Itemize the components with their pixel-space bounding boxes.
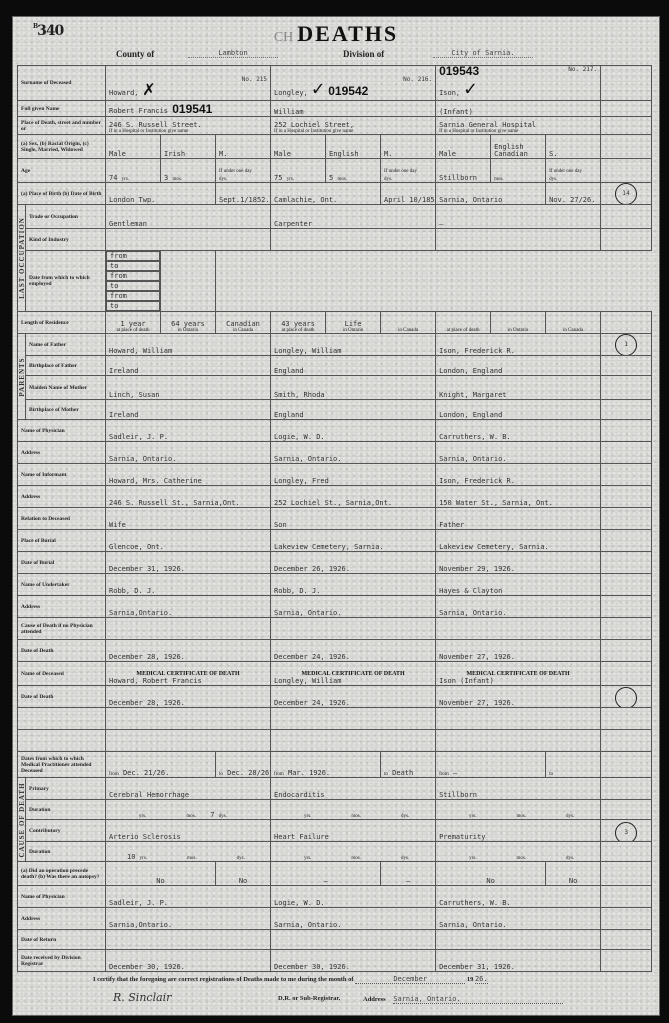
record-2-undertaker: Robb, D. J. [271, 574, 436, 596]
label-father-name: Name of Father [26, 334, 106, 356]
record-3-employed-to: to [106, 301, 160, 311]
label-burial-date: Date of Burial [18, 552, 106, 574]
dys-label: dys. [219, 177, 227, 182]
res-label: in Ontario [494, 328, 542, 333]
record-2-age-yrs: 75 yrs. [271, 159, 326, 183]
record-1-operation: No [106, 862, 216, 886]
row-primary-duration: Duration yrs.mos. 7 dys. yrs.mos.dys. yr… [18, 800, 652, 820]
record-2-primary-cause: Endocarditis [271, 778, 436, 800]
margin-cell [601, 862, 652, 886]
from-label: from [439, 772, 449, 777]
duration-dys: 7 [210, 811, 214, 819]
res-label: in Ontario [329, 328, 377, 333]
cert-name-text: Ison (Infant) [439, 677, 494, 685]
record-3-res-canada: in Canada [546, 312, 601, 334]
margin-cell [601, 420, 652, 442]
certify-month: December [355, 975, 465, 984]
record-1-sex: Male [106, 135, 161, 159]
row-occupation: LAST OCCUPATION Trade or Occupation Gent… [18, 205, 652, 229]
label-address: Address [18, 486, 106, 508]
record-2-father: Longley, William [271, 334, 436, 356]
res-value: 43 years [281, 320, 315, 328]
margin-cell [601, 486, 652, 508]
title-text: DEATHS [297, 21, 398, 46]
record-3-informant-address: 150 Water St., Sarnia, Ont. [436, 486, 601, 508]
margin-cell [601, 752, 652, 778]
dys-label: dys. [219, 814, 227, 819]
record-1-cert-death-date: December 28, 1926. [106, 686, 271, 708]
label-duration: Duration [26, 800, 106, 820]
record-1-employed-from: from [106, 251, 160, 261]
address-value: Sarnia, Ontario. [393, 995, 563, 1004]
seal-stamp-icon [615, 687, 637, 708]
margin-cell [601, 464, 652, 486]
record-2-burial-place: Lakeview Cemetery, Sarnia. [271, 530, 436, 552]
dys-label: dys. [384, 177, 392, 182]
record-2-physician-address: Sarnia, Ontario. [271, 442, 436, 464]
record-3-res-ontario: in Ontario [491, 312, 546, 334]
label-birth: (a) Place of Birth (b) Date of Birth [18, 183, 106, 205]
row-birth: (a) Place of Birth (b) Date of Birth Lon… [18, 183, 652, 205]
record-3-operation: No [436, 862, 546, 886]
record-3-sex: Male [436, 135, 491, 159]
record-1-place-of-death: 246 S. Russell Street.If in a Hospital o… [106, 117, 271, 135]
age-mos: 5 [329, 174, 333, 182]
record-2-informant-address: 252 Lochiel St., Sarnia,Ont. [271, 486, 436, 508]
record-1-given-name: Robert Francis 019541 [106, 101, 271, 117]
to-label: to [219, 772, 223, 777]
record-2-primary-duration: yrs.mos.dys. [271, 800, 436, 820]
record-3-employed-from: from [106, 291, 160, 301]
res-value: 1 year [120, 320, 145, 328]
dys-label: dys. [401, 814, 409, 819]
record-3-industry [436, 229, 601, 251]
margin-cell [601, 800, 652, 820]
record-3-mother: Knight, Margaret [436, 376, 601, 400]
margin-cell [601, 66, 652, 101]
margin-cell [601, 101, 652, 117]
label-employed-dates: Date from which to which employed [26, 251, 106, 312]
record-2-undertaker-address: Sarnia, Ontario. [271, 596, 436, 618]
row-mother-maiden: Maiden Name of Mother Linch, Susan Smith… [18, 376, 652, 400]
cert-name-text: Howard, Robert Francis [109, 677, 202, 685]
record-2-place-of-death: 252 Lochiel Street,If in a Hospital or I… [271, 117, 436, 135]
yrs-label: yrs. [304, 856, 311, 861]
parents-side-label: PARENTS [18, 334, 26, 420]
record-2-father-birthplace: England [271, 356, 436, 376]
vertical-label: LAST OCCUPATION [18, 217, 26, 299]
record-1-status: M. [216, 135, 271, 159]
row-physician: Name of Physician Sadleir, J. P. Logie, … [18, 420, 652, 442]
row-cert-physician: Name of Physician Sadleir, J. P. Logie, … [18, 886, 652, 908]
margin-cell [601, 117, 652, 135]
margin-cell [601, 618, 652, 640]
label-mother-birthplace: Birthplace of Mother [26, 400, 106, 420]
row-date-of-death: Date of Death December 28, 1926. Decembe… [18, 640, 652, 662]
row-operation-autopsy: (a) Did an operation precede death? (b) … [18, 862, 652, 886]
label-burial-place: Place of Burial [18, 530, 106, 552]
record-1-undertaker-address: Sarnia,Ontario. [106, 596, 271, 618]
blank-cell [271, 730, 436, 752]
dys-label: dys. [566, 856, 574, 861]
last-occupation-side-label: LAST OCCUPATION [18, 205, 26, 312]
label-duration: Duration [26, 842, 106, 862]
row-blank-2 [18, 730, 652, 752]
record-2-sex: Male [271, 135, 326, 159]
registrar-certification: I certify that the foregoing are correct… [13, 965, 659, 1013]
record-1-contributory: Arterio Sclerosis [106, 820, 271, 842]
registrar-signature: R. Sinclair [113, 991, 171, 1004]
under-one-day-label: If under one day [219, 169, 267, 174]
row-industry: Kind of Industry [18, 229, 652, 251]
record-2-operation: — [271, 862, 381, 886]
record-3-birth-date: Nov. 27/26. [546, 183, 601, 205]
record-2-date-of-return [271, 930, 436, 950]
res-label: at place of death [439, 328, 487, 333]
record-2-status: M. [381, 135, 436, 159]
record-2-given-name: William [271, 101, 436, 117]
record-1-relation: Wife [106, 508, 271, 530]
label-physician: Name of Physician [18, 420, 106, 442]
record-2-physician: Logie, W. D. [271, 420, 436, 442]
row-contributory-duration: Duration 10 yrs.mos.dys. yrs.mos.dys. yr… [18, 842, 652, 862]
seal-stamp-icon: 3 [615, 822, 637, 842]
dys-label: dys. [566, 814, 574, 819]
attended-from-value: Dec. 21/26. [123, 769, 169, 777]
dys-label: dys. [401, 856, 409, 861]
record-3-primary-cause: Stillborn [436, 778, 601, 800]
record-1-cert-name: MEDICAL CERTIFICATE OF DEATHHoward, Robe… [106, 662, 271, 686]
record-3-birth-place: Sarnia, Ontario [436, 183, 546, 205]
mos-label: mos. [351, 856, 361, 861]
record-1-burial-date: December 31, 1926. [106, 552, 271, 574]
certification-line: I certify that the foregoing are correct… [93, 975, 488, 984]
row-informant-address: Address 246 S. Russell St., Sarnia,Ont. … [18, 486, 652, 508]
certify-year: 26. [475, 975, 488, 984]
res-value: 64 years [171, 320, 205, 328]
label-undertaker: Name of Undertaker [18, 574, 106, 596]
margin-cell [601, 159, 652, 183]
surname-text: Howard, [109, 89, 139, 97]
seal-stamp-icon: 1 [615, 334, 637, 356]
cause-of-death-side-label: CAUSE OF DEATH [18, 778, 26, 862]
record-3-burial-date: November 29, 1926. [436, 552, 601, 574]
margin-cell: 14 [601, 183, 652, 205]
to-label: to [384, 772, 388, 777]
record-3-informant: Ison, Frederick R. [436, 464, 601, 486]
row-attended-dates: Dates from which to which Medical Practi… [18, 752, 652, 778]
record-2-informant: Longley, Fred [271, 464, 436, 486]
res-label: in Canada [549, 328, 597, 333]
vertical-label: CAUSE OF DEATH [18, 782, 26, 857]
record-1-res-canada: Canadianin Canada [216, 312, 271, 334]
registrar-address: Address Sarnia, Ontario. [363, 995, 563, 1004]
record-1-date-of-return [106, 930, 271, 950]
attended-to-value: Death [392, 769, 413, 777]
record-2-occupation: Carpenter [271, 205, 436, 229]
record-1-informant-address: 246 S. Russell St., Sarnia,Ont. [106, 486, 271, 508]
res-value: Canadian [226, 320, 260, 328]
yrs-label: yrs. [469, 856, 476, 861]
check-mark-icon: ✓ [312, 76, 324, 100]
record-1-employed-to: to [106, 261, 160, 271]
label-cert-physician: Name of Physician [18, 886, 106, 908]
place-text: 252 Lochiel Street, [274, 121, 354, 129]
yrs-label: yrs. [140, 856, 147, 861]
mos-label: mos. [186, 814, 196, 819]
record-2-birth-date: April 10/1851. [381, 183, 436, 205]
label-sex-origin: (a) Sex, (b) Racial Origin, (c) Single, … [18, 135, 106, 159]
record-1-physician: Sadleir, J. P. [106, 420, 271, 442]
record-3-surname: No. 217.019543Ison, ✓ [436, 66, 601, 101]
label-relation: Relation to Deceased [18, 508, 106, 530]
label-cert-date-of-death: Date of Death [18, 686, 106, 708]
label-address: Address [18, 442, 106, 464]
record-3-contributory-duration: yrs.mos.dys. [436, 842, 601, 862]
label-date-of-death: Date of Death [18, 640, 106, 662]
register-table: Surname of Deceased No. 215Howard, ✗ No.… [17, 65, 652, 972]
certify-text: I certify that the foregoing are correct… [93, 976, 354, 983]
mos-label: mos. [337, 177, 347, 182]
record-3-date-of-death: November 27, 1926. [436, 640, 601, 662]
record-1-father: Howard, William [106, 334, 271, 356]
margin-cell [601, 596, 652, 618]
record-3-cert-name: MEDICAL CERTIFICATE OF DEATHIson (Infant… [436, 662, 601, 686]
margin-cell [601, 552, 652, 574]
record-3-undertaker: Hayes & Clayton [436, 574, 601, 596]
res-value: Life [345, 320, 362, 328]
surname-text: Longley, [274, 89, 308, 97]
record-1-attended-to: to Dec. 28/26. [216, 752, 271, 778]
mos-label: mos. [516, 856, 526, 861]
record-2-birth-place: Camlachie, Ont. [271, 183, 381, 205]
record-1-birth-date: Sept.1/1852. [216, 183, 271, 205]
blank-cell [436, 730, 601, 752]
row-physician-address: Address Sarnia, Ontario. Sarnia, Ontario… [18, 442, 652, 464]
row-cause-no-physician: Cause of Death if no Physician attended [18, 618, 652, 640]
label-age: Age [18, 159, 106, 183]
year-prefix: 19 [467, 976, 474, 983]
record-3-burial-place: Lakeview Cemetery, Sarnia. [436, 530, 601, 552]
record-2-age-mos: 5 mos. [326, 159, 381, 183]
res-label: at place of death [274, 328, 322, 333]
mos-label: mos. [494, 177, 504, 182]
row-cert-death-date: Date of Death December 28, 1926. Decembe… [18, 686, 652, 708]
label-contributory: Contributory [26, 820, 106, 842]
record-3-father-birthplace: London, England [436, 356, 601, 376]
record-3-undertaker-address: Sarnia, Ontario. [436, 596, 601, 618]
record-3-cert-death-date: November 27, 1926. [436, 686, 601, 708]
label-residence: Length of Residence [18, 312, 106, 334]
mos-label: mos. [351, 814, 361, 819]
record-2-cert-address: Sarnia, Ontario. [271, 908, 436, 930]
margin-cell [601, 908, 652, 930]
record-3-cause-no-physician [436, 618, 601, 640]
record-2-origin: English [326, 135, 381, 159]
record-1-cert-physician: Sadleir, J. P. [106, 886, 271, 908]
record-1-physician-address: Sarnia, Ontario. [106, 442, 271, 464]
label-father-birthplace: Birthplace of Father [26, 356, 106, 376]
under-one-day-label: If under one day [384, 169, 432, 174]
label-surname: Surname of Deceased [18, 66, 106, 101]
margin-cell [601, 708, 652, 730]
record-1-burial-place: Glencoe, Ont. [106, 530, 271, 552]
label-place-of-death: Place of Death, street and number or [18, 117, 106, 135]
record-2-res-place: 43 yearsat place of death [271, 312, 326, 334]
faint-stamp: CH [274, 30, 293, 45]
registration-number: 019542 [328, 84, 368, 98]
margin-cell [601, 930, 652, 950]
row-sex-origin-status: (a) Sex, (b) Racial Origin, (c) Single, … [18, 135, 652, 159]
record-3-number: No. 217. [568, 66, 597, 73]
yrs-label: yrs. [139, 814, 146, 819]
record-3-occupation: — [436, 205, 601, 229]
record-1-contributory-duration: 10 yrs.mos.dys. [106, 842, 271, 862]
yrs-label: yrs. [469, 814, 476, 819]
row-undertaker-address: Address Sarnia,Ontario. Sarnia, Ontario.… [18, 596, 652, 618]
record-3-date-of-return [436, 930, 601, 950]
surname-text: Ison, [439, 89, 460, 97]
address-label: Address [363, 996, 386, 1003]
record-3-cert-address: Sarnia, Ontario. [436, 908, 601, 930]
attended-from-value: — [453, 769, 457, 777]
record-2-mother-birthplace: England [271, 400, 436, 420]
yrs-label: yrs. [304, 814, 311, 819]
seal-stamp-icon: 14 [615, 183, 637, 205]
record-2-cert-physician: Logie, W. D. [271, 886, 436, 908]
record-1-occupation: Gentleman [106, 205, 271, 229]
record-1-birth-place: London Twp. [106, 183, 216, 205]
record-1-age-mos: 3 mos. [161, 159, 216, 183]
registration-number: 019541 [172, 102, 212, 116]
margin-cell [601, 442, 652, 464]
yrs-label: yrs. [122, 177, 129, 182]
row-cert-name: Name of Deceased MEDICAL CERTIFICATE OF … [18, 662, 652, 686]
row-informant: Name of Informant Howard, Mrs. Catherine… [18, 464, 652, 486]
res-label: in Canada [219, 328, 267, 333]
margin-cell [601, 205, 652, 229]
given-name-text: Robert Francis [109, 107, 168, 115]
record-3-given-name: (Infant) [436, 101, 601, 117]
record-2-mother: Smith, Rhoda [271, 376, 436, 400]
margin-cell [601, 842, 652, 862]
margin-cell [601, 662, 652, 686]
record-3-age-mos: mos. [491, 159, 546, 183]
record-3-age-yrs: Stillborn [436, 159, 491, 183]
record-2-burial-date: December 26, 1926. [271, 552, 436, 574]
record-2-contributory-duration: yrs.mos.dys. [271, 842, 436, 862]
record-3-res-place: at place of death [436, 312, 491, 334]
record-3-mother-birthplace: London, England [436, 400, 601, 420]
mos-label: mos. [187, 856, 197, 861]
record-1-res-place: 1 yearat place of death [106, 312, 161, 334]
row-cert-address: Address Sarnia,Ontario. Sarnia, Ontario.… [18, 908, 652, 930]
blank-cell [106, 730, 271, 752]
hospital-note: If in a Hospital or Institution give nam… [274, 129, 432, 134]
age-yrs: 74 [109, 174, 117, 182]
label-given-name: Full given Name [18, 101, 106, 117]
record-3-physician: Carruthers, W. B. [436, 420, 601, 442]
mos-label: mos. [172, 177, 182, 182]
record-2-res-canada: in Canada [381, 312, 436, 334]
record-3-status: S. [546, 135, 601, 159]
record-1-industry [106, 229, 271, 251]
record-2-age-dys: If under one daydys. [381, 159, 436, 183]
margin-cell [601, 229, 652, 251]
age-yrs: 75 [274, 174, 282, 182]
yrs-label: yrs. [287, 177, 294, 182]
record-2-attended-from: from Mar. 1926. [271, 752, 381, 778]
blank-cell [271, 708, 436, 730]
check-mark-icon: ✗ [143, 76, 155, 100]
record-2-surname: No. 216.Longley, ✓ 019542 [271, 66, 436, 101]
record-1-autopsy: No [216, 862, 271, 886]
hospital-note: If in a Hospital or Institution give nam… [439, 129, 597, 134]
place-text: Sarnia General Hospital [439, 121, 536, 129]
record-1-informant: Howard, Mrs. Catherine [106, 464, 271, 486]
row-relation: Relation to Deceased Wife Son Father [18, 508, 652, 530]
blank-cell [436, 708, 601, 730]
record-3-physician-address: Sarnia, Ontario. [436, 442, 601, 464]
record-1-date-of-death: December 28, 1926. [106, 640, 271, 662]
res-label: in Ontario [164, 328, 212, 333]
res-label: in Canada [384, 328, 432, 333]
record-2-cause-no-physician [271, 618, 436, 640]
registrar-title: D.R. or Sub-Registrar. [278, 995, 340, 1002]
record-1-father-birthplace: Ireland [106, 356, 271, 376]
row-contributory: Contributory Arterio Sclerosis Heart Fai… [18, 820, 652, 842]
label-name-of-deceased: Name of Deceased [18, 662, 106, 686]
record-2-number: No. 216. [403, 76, 432, 83]
record-3-attended-to: to [546, 752, 601, 778]
margin-cell [601, 574, 652, 596]
record-2-industry [271, 229, 436, 251]
death-register-page: B340 CHDEATHS County of Lambton Division… [12, 16, 660, 1016]
record-2-employed-to: to [106, 281, 160, 291]
row-burial-date: Date of Burial December 31, 1926. Decemb… [18, 552, 652, 574]
label-informant: Name of Informant [18, 464, 106, 486]
record-1-age-yrs: 74 yrs. [106, 159, 161, 183]
page-header: B340 CHDEATHS County of Lambton Division… [13, 17, 659, 67]
record-1-mother-birthplace: Ireland [106, 400, 271, 420]
record-1-surname: No. 215Howard, ✗ [106, 66, 271, 101]
hospital-note: If in a Hospital or Institution give nam… [109, 129, 267, 134]
record-1-primary-duration: yrs.mos. 7 dys. [106, 800, 271, 820]
row-employed-dates: Date from which to which employed from t… [18, 251, 652, 312]
label-mother-maiden: Maiden Name of Mother [26, 376, 106, 400]
row-blank-1 [18, 708, 652, 730]
record-2-date-of-death: December 24, 1926. [271, 640, 436, 662]
record-1-cause-no-physician [106, 618, 271, 640]
margin-cell [161, 251, 216, 312]
record-2-autopsy: — [381, 862, 436, 886]
record-1-number: No. 215 [242, 76, 267, 83]
record-1-attended-from: from Dec. 21/26. [106, 752, 216, 778]
margin-cell [601, 730, 652, 752]
record-1-res-ontario: 64 yearsin Ontario [161, 312, 216, 334]
blank-label [18, 730, 106, 752]
record-3-origin: English Canadian [491, 135, 546, 159]
margin-cell: 1 [601, 334, 652, 356]
record-2-cert-death-date: December 24, 1926. [271, 686, 436, 708]
margin-cell [601, 376, 652, 400]
duration-yrs: 10 [127, 853, 135, 861]
record-3-primary-duration: yrs.mos.dys. [436, 800, 601, 820]
check-mark-icon: ✓ [464, 76, 476, 100]
from-label: from [274, 772, 284, 777]
county-label: County of [116, 49, 154, 59]
to-label: to [549, 772, 553, 777]
